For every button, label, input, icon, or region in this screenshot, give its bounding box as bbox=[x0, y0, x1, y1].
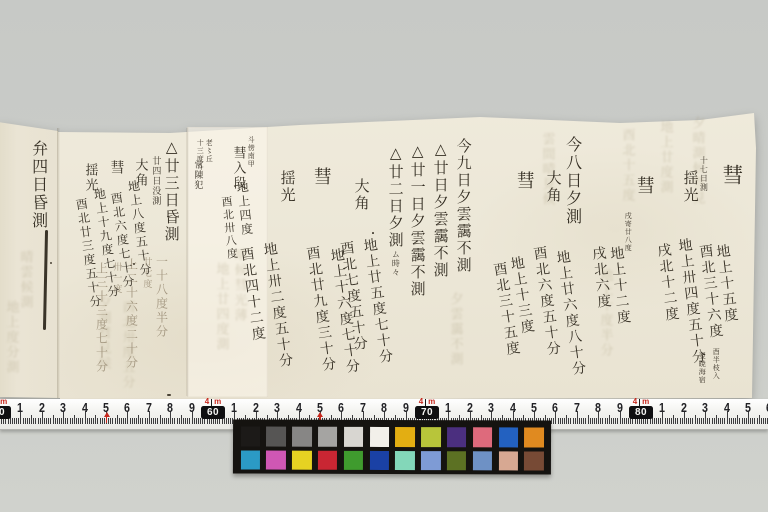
ruler-tick bbox=[35, 418, 36, 424]
text-column: 今八日夕測 bbox=[564, 136, 581, 226]
color-patch bbox=[499, 427, 519, 447]
ruler-tick bbox=[140, 418, 141, 424]
ruler-tick bbox=[179, 418, 180, 424]
ruler-tick bbox=[50, 418, 51, 424]
ruler-decimeter-label: 50 bbox=[0, 406, 11, 419]
color-patch bbox=[395, 451, 415, 471]
text-column: 老〻丘 bbox=[205, 139, 212, 163]
ruler-tick bbox=[46, 418, 47, 424]
color-patch bbox=[266, 427, 286, 447]
color-patch bbox=[498, 451, 518, 471]
ruler-tick bbox=[172, 418, 173, 424]
ruler-tick bbox=[100, 418, 101, 424]
ruler-tick bbox=[763, 418, 764, 424]
ruler-cm-number: 3 bbox=[484, 400, 499, 415]
ruler-unit-label: 4m bbox=[628, 398, 654, 406]
ruler-tick bbox=[752, 418, 753, 424]
ruler-tick bbox=[660, 418, 661, 424]
text-column: 彗 bbox=[514, 171, 533, 191]
ruler-unit-glyph: m bbox=[642, 398, 649, 406]
ruler-tick bbox=[196, 418, 197, 424]
ruler-tick bbox=[673, 415, 674, 424]
ruler-tick bbox=[200, 418, 201, 424]
ruler-tick bbox=[562, 418, 563, 424]
ruler-cm-number: 6 bbox=[120, 400, 135, 415]
ruler-tick bbox=[680, 418, 681, 424]
ruler-tick bbox=[688, 418, 689, 424]
ruler-cm-number: 8 bbox=[591, 400, 606, 415]
ruler-tick bbox=[581, 418, 582, 424]
ruler-tick bbox=[95, 415, 96, 424]
paper-speck bbox=[372, 232, 374, 234]
ruler-tick bbox=[757, 418, 758, 424]
ruler-tick bbox=[177, 418, 178, 424]
ruler-tick bbox=[622, 418, 623, 424]
red-arrow-marker bbox=[104, 412, 110, 423]
ruler-tick bbox=[605, 418, 606, 424]
ruler-tick bbox=[737, 415, 738, 424]
ruler-tick bbox=[720, 418, 721, 424]
ruler-unit-label: 4m bbox=[414, 398, 440, 406]
ruler-tick bbox=[585, 418, 586, 424]
ruler-tick bbox=[695, 415, 696, 424]
ruler-cm-number: 1 bbox=[227, 400, 242, 415]
ruler-tick bbox=[592, 418, 593, 424]
ruler-tick bbox=[658, 418, 659, 424]
ruler-tick bbox=[91, 418, 92, 424]
ruler-tick bbox=[74, 415, 75, 424]
ruler-tick bbox=[136, 418, 137, 424]
ruler-tick bbox=[55, 418, 56, 424]
ruler-tick bbox=[754, 418, 755, 424]
ruler-unit-label: 4m bbox=[200, 398, 226, 406]
ruler-tick bbox=[194, 418, 195, 424]
ruler-tick bbox=[733, 418, 734, 424]
ruler-cm-number: 4 bbox=[291, 400, 306, 415]
ruler-decimeter-label: 80 bbox=[629, 406, 653, 419]
main-page bbox=[55, 108, 760, 400]
text-column: 斗傍南甲 bbox=[247, 136, 254, 168]
text-column: 一十八度半分 bbox=[155, 255, 167, 339]
ruler-tick bbox=[682, 418, 683, 424]
paper-speck bbox=[167, 394, 171, 396]
ruler-tick bbox=[611, 418, 612, 424]
ruler-tick bbox=[558, 418, 559, 424]
ruler-tick bbox=[750, 418, 751, 424]
ruler-tick bbox=[76, 418, 77, 424]
text-column: 彗 bbox=[109, 160, 124, 176]
ruler-tick bbox=[729, 418, 730, 424]
ruler-tick bbox=[189, 418, 190, 424]
red-arrow-part bbox=[106, 417, 108, 423]
ruler-tick bbox=[97, 418, 98, 424]
ruler-unit-glyph: 4 bbox=[419, 398, 423, 406]
ruler-tick bbox=[677, 418, 678, 424]
text-column: 地上廿四度測 bbox=[214, 262, 228, 352]
text-column: 夕雲靄不測 bbox=[448, 292, 462, 367]
ruler-cm-number: 9 bbox=[612, 400, 627, 415]
ruler-tick bbox=[174, 418, 175, 424]
ruler-cm-number: 1 bbox=[441, 400, 456, 415]
ruler-cm-number: 4 bbox=[505, 400, 520, 415]
ruler-tick bbox=[626, 418, 627, 424]
ruler-tick bbox=[14, 418, 15, 424]
ruler-tick bbox=[72, 418, 73, 424]
ruler-tick bbox=[699, 418, 700, 424]
ruler-tick bbox=[142, 418, 143, 424]
text-column: 酉北十五度 bbox=[620, 128, 634, 203]
color-patch bbox=[447, 427, 467, 447]
ruler-tick bbox=[624, 418, 625, 424]
photo-stage: 夕晴測候彗見地上廿度測酉北十五度雲間晴見候地上十度半分夕雲靄不測晴候彗光薄地上廿… bbox=[0, 0, 768, 512]
text-column: 彗 bbox=[311, 167, 330, 187]
ruler-cm-number: 6 bbox=[548, 400, 563, 415]
ruler-tick bbox=[739, 418, 740, 424]
color-patch bbox=[318, 450, 338, 470]
ruler-tick bbox=[596, 418, 597, 424]
text-column: △廿一日夕雲靄不測 bbox=[409, 142, 425, 298]
paper-speck bbox=[133, 263, 135, 265]
ruler-tick bbox=[70, 418, 71, 424]
text-column: 酉半枝入 bbox=[712, 348, 719, 380]
ruler-tick bbox=[117, 415, 118, 424]
color-patch bbox=[473, 451, 493, 471]
ruler-tick bbox=[87, 418, 88, 424]
ruler-tick bbox=[33, 418, 34, 424]
ruler-tick bbox=[61, 418, 62, 424]
text-column: 常陳犯 bbox=[192, 160, 201, 190]
ruler-tick bbox=[575, 418, 576, 424]
color-patch bbox=[421, 451, 441, 471]
ruler-tick bbox=[40, 418, 41, 424]
ruler-tick bbox=[615, 418, 616, 424]
ruler-tick bbox=[80, 418, 81, 424]
ruler-tick bbox=[686, 418, 687, 424]
ruler-tick bbox=[89, 418, 90, 424]
color-patch bbox=[292, 427, 312, 447]
color-patch bbox=[241, 426, 261, 446]
ruler-tick bbox=[53, 415, 54, 424]
ruler-cm-number: 8 bbox=[377, 400, 392, 415]
color-patch bbox=[524, 427, 544, 447]
color-patch bbox=[447, 451, 467, 471]
ruler-cm-number: 4 bbox=[719, 400, 734, 415]
ruler-tick bbox=[157, 418, 158, 424]
ruler-tick bbox=[145, 418, 146, 424]
ruler-tick bbox=[181, 415, 182, 424]
ruler-tick bbox=[656, 418, 657, 424]
ruler-unit-glyph bbox=[425, 399, 426, 406]
ruler-tick bbox=[198, 418, 199, 424]
ruler-tick bbox=[18, 418, 19, 424]
ruler-tick bbox=[709, 418, 710, 424]
ruler-tick bbox=[669, 418, 670, 424]
text-column: 十七日測 bbox=[699, 156, 707, 192]
color-patch bbox=[473, 427, 493, 447]
text-column: 揺光 bbox=[682, 170, 698, 204]
ruler-tick bbox=[155, 418, 156, 424]
ruler-tick bbox=[230, 418, 231, 424]
ruler-tick bbox=[588, 415, 589, 424]
ruler-tick bbox=[67, 418, 68, 424]
ruler-tick bbox=[153, 418, 154, 424]
ruler-tick bbox=[65, 418, 66, 424]
ruler-unit-glyph: m bbox=[214, 398, 221, 406]
ruler-tick bbox=[553, 418, 554, 424]
text-column: 揺光 bbox=[279, 170, 295, 204]
slip-edge-crease bbox=[186, 128, 189, 396]
page-fold-crease bbox=[57, 128, 60, 398]
ruler-tick bbox=[744, 418, 745, 424]
text-column: 翌暁海宿 bbox=[698, 352, 705, 384]
ruler-tick bbox=[665, 418, 666, 424]
ruler-tick bbox=[583, 418, 584, 424]
ruler-cm-number: 2 bbox=[248, 400, 263, 415]
ruler-tick bbox=[93, 418, 94, 424]
ruler-tick bbox=[594, 418, 595, 424]
ruler-tick bbox=[29, 418, 30, 424]
color-patch bbox=[266, 450, 286, 470]
ruler-tick bbox=[121, 418, 122, 424]
ruler-cm-number: 3 bbox=[698, 400, 713, 415]
color-calibration-chart bbox=[233, 419, 551, 474]
ruler-tick bbox=[132, 418, 133, 424]
ruler-tick bbox=[48, 418, 49, 424]
ruler-tick bbox=[716, 415, 717, 424]
text-column: 彗 bbox=[634, 176, 653, 196]
text-column: 地上廿度測 bbox=[658, 120, 672, 195]
color-patch bbox=[370, 427, 390, 447]
ruler-tick bbox=[151, 418, 152, 424]
ruler-cm-number: 1 bbox=[13, 400, 28, 415]
ruler-tick bbox=[166, 418, 167, 424]
ruler-cm-number: 9 bbox=[398, 400, 413, 415]
ruler-tick bbox=[579, 418, 580, 424]
ruler-tick bbox=[765, 418, 766, 424]
ruler-tick bbox=[697, 418, 698, 424]
ruler-tick bbox=[671, 418, 672, 424]
ruler-cm-number: 5 bbox=[527, 400, 542, 415]
text-column: 大角 bbox=[545, 170, 561, 204]
ruler-tick bbox=[119, 418, 120, 424]
ruler-tick bbox=[654, 418, 655, 424]
ruler-cm-number: 3 bbox=[270, 400, 285, 415]
ruler-tick bbox=[38, 418, 39, 424]
ruler-tick bbox=[703, 418, 704, 424]
color-patch bbox=[421, 427, 441, 447]
ruler-tick bbox=[78, 418, 79, 424]
ruler-tick bbox=[25, 418, 26, 424]
ruler-tick bbox=[59, 418, 60, 424]
color-patch bbox=[344, 427, 364, 447]
ruler-tick bbox=[707, 418, 708, 424]
ruler-cm-number: 2 bbox=[462, 400, 477, 415]
ruler-tick bbox=[31, 415, 32, 424]
text-column: 大角 bbox=[353, 178, 369, 212]
ruler-tick bbox=[110, 418, 111, 424]
ruler-unit-glyph: m bbox=[0, 398, 7, 406]
ruler-tick bbox=[731, 418, 732, 424]
ruler-tick bbox=[568, 418, 569, 424]
ruler-tick bbox=[228, 418, 229, 424]
ruler-cm-number: 7 bbox=[569, 400, 584, 415]
color-patch bbox=[318, 427, 338, 447]
text-column: 彗 bbox=[720, 164, 742, 187]
ruler-tick bbox=[130, 418, 131, 424]
ruler-tick bbox=[123, 418, 124, 424]
ruler-tick bbox=[162, 418, 163, 424]
ruler-tick bbox=[690, 418, 691, 424]
ruler-tick bbox=[602, 418, 603, 424]
text-column: △廿日夕雲靄不測 bbox=[432, 140, 448, 279]
ruler-tick bbox=[609, 415, 610, 424]
text-column: 戌寄廿八度 bbox=[624, 212, 631, 252]
ruler-tick bbox=[714, 418, 715, 424]
ruler-tick bbox=[570, 418, 571, 424]
ruler-tick bbox=[185, 418, 186, 424]
ruler-tick bbox=[226, 418, 227, 424]
ruler-tick bbox=[613, 418, 614, 424]
ruler-tick bbox=[23, 418, 24, 424]
ruler-tick bbox=[628, 418, 629, 424]
ruler-unit-glyph bbox=[211, 399, 212, 406]
ruler-tick bbox=[735, 418, 736, 424]
text-column: 晴雲候測 bbox=[18, 250, 32, 310]
ruler-tick bbox=[759, 415, 760, 424]
ruler-tick bbox=[16, 418, 17, 424]
ruler-tick bbox=[607, 418, 608, 424]
ruler-cm-number: 6 bbox=[334, 400, 349, 415]
ruler-tick bbox=[667, 418, 668, 424]
ruler-cm-number: 2 bbox=[34, 400, 49, 415]
ruler-tick bbox=[147, 418, 148, 424]
ruler-cm-number: 7 bbox=[355, 400, 370, 415]
ruler-cm-number: 3 bbox=[56, 400, 71, 415]
ruler-decimeter-label: 70 bbox=[415, 406, 439, 419]
color-patch bbox=[344, 450, 364, 470]
ruler-decimeter-label: 60 bbox=[201, 406, 225, 419]
ruler-tick bbox=[564, 418, 565, 424]
ruler-tick bbox=[573, 418, 574, 424]
ruler-tick bbox=[187, 418, 188, 424]
ruler-unit-glyph: 4 bbox=[205, 398, 209, 406]
ruler-unit-label: 4m bbox=[0, 398, 12, 406]
ruler-cm-number: 7 bbox=[141, 400, 156, 415]
ruler-tick bbox=[12, 418, 13, 424]
ruler-cm-number: 4 bbox=[77, 400, 92, 415]
ruler-tick bbox=[724, 418, 725, 424]
color-patch bbox=[524, 451, 544, 471]
ruler-tick bbox=[44, 418, 45, 424]
ruler-cm-number: 8 bbox=[163, 400, 178, 415]
ruler-tick bbox=[701, 418, 702, 424]
ruler-tick bbox=[138, 415, 139, 424]
ruler-cm-number: 5 bbox=[741, 400, 756, 415]
text-column: 今九日夕雲靄不測 bbox=[455, 138, 471, 274]
ruler-tick bbox=[27, 418, 28, 424]
ruler-cm-number: 1 bbox=[655, 400, 670, 415]
ruler-tick bbox=[675, 418, 676, 424]
ruler-tick bbox=[134, 418, 135, 424]
text-column: ム時々 bbox=[391, 250, 399, 277]
ruler-tick bbox=[746, 418, 747, 424]
ruler-tick bbox=[112, 418, 113, 424]
ruler-tick bbox=[722, 418, 723, 424]
ruler-unit-glyph: m bbox=[428, 398, 435, 406]
text-column: △廿三日昏測 bbox=[163, 138, 179, 243]
color-patch bbox=[369, 450, 389, 470]
ruler-tick bbox=[712, 418, 713, 424]
ruler-tick bbox=[160, 415, 161, 424]
ruler-tick bbox=[125, 418, 126, 424]
ruler-tick bbox=[164, 418, 165, 424]
color-patch bbox=[240, 450, 260, 470]
ruler-cm-number: 6 bbox=[762, 400, 768, 415]
ruler-tick bbox=[551, 418, 552, 424]
ruler-cm-number: 9 bbox=[184, 400, 199, 415]
ruler-tick bbox=[57, 418, 58, 424]
ruler-tick bbox=[168, 418, 169, 424]
ruler-tick bbox=[600, 418, 601, 424]
ruler-tick bbox=[718, 418, 719, 424]
ruler-cm-number: 2 bbox=[676, 400, 691, 415]
text-column: 弁四日昏測 bbox=[30, 140, 47, 230]
ruler-tick bbox=[590, 418, 591, 424]
ruler-tick bbox=[82, 418, 83, 424]
text-column: △廿二日夕測 bbox=[387, 144, 403, 249]
ruler-tick bbox=[566, 415, 567, 424]
ruler-tick bbox=[617, 418, 618, 424]
ruler-tick bbox=[115, 418, 116, 424]
text-column: 廿四日没測 bbox=[150, 156, 159, 206]
color-patch bbox=[395, 427, 415, 447]
ruler-tick bbox=[560, 418, 561, 424]
text-column: 地上度分測 bbox=[4, 300, 18, 375]
ruler-tick bbox=[692, 418, 693, 424]
ruler-tick bbox=[183, 418, 184, 424]
ruler-tick bbox=[761, 418, 762, 424]
color-patch bbox=[292, 450, 312, 470]
ruler-tick bbox=[742, 418, 743, 424]
paper-speck bbox=[50, 262, 52, 264]
ruler-unit-glyph bbox=[639, 399, 640, 406]
ruler-unit-glyph: 4 bbox=[633, 398, 637, 406]
